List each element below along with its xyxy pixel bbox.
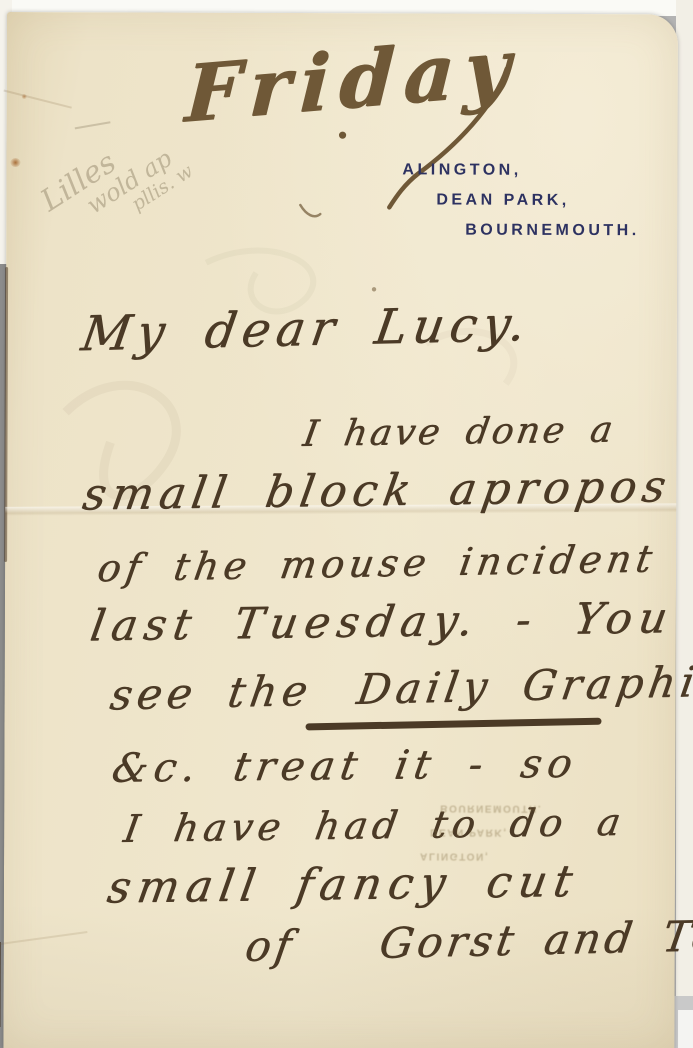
body-line: last Tuesday. - You <box>87 593 678 651</box>
pencil-annotation: Lilles wold ap pllis. w <box>16 112 197 268</box>
background-page-edge-right <box>676 0 693 1048</box>
letterhead-line-3: BOURNEMOUTH. <box>465 222 639 241</box>
body-line-text: of <box>242 921 298 971</box>
page-edge-shadow <box>4 267 8 562</box>
body-line-text: Gorst and Toby <box>376 910 693 968</box>
body-line-text: see the <box>107 666 316 720</box>
foxing-spot <box>22 94 27 99</box>
body-line: &c. treat it - so <box>109 741 582 792</box>
show-through-line: ALINGTON, <box>420 843 552 867</box>
body-line: small block apropos <box>79 461 675 520</box>
crease-line <box>4 90 72 109</box>
letterhead-line-1: ALINGTON, <box>402 161 521 179</box>
salutation-line: My dear Lucy. <box>78 296 536 362</box>
crease-line <box>0 931 87 945</box>
background-white-bottom-right <box>678 1010 693 1048</box>
scanned-letter-photo: Friday ALINGTON, DEAN PARK, BOURNEMOUTH.… <box>0 0 693 1048</box>
body-line: of Gorst and Toby <box>242 910 693 971</box>
show-through-line: DEAN PARK, <box>430 819 552 843</box>
body-line: see the Daily Graphic <box>107 656 693 719</box>
letterhead-line-2: DEAN PARK, <box>436 191 569 209</box>
show-through-letterhead: ALINGTON, DEAN PARK, BOURNEMOUTH. <box>420 795 552 867</box>
body-line: I have had to do a <box>121 800 629 851</box>
body-line: of the mouse incident <box>95 536 660 590</box>
foxing-spot <box>10 158 20 167</box>
underlined-phrase: Daily Graphic <box>354 656 693 714</box>
date-line: Friday <box>183 21 522 141</box>
pencil-dash <box>75 121 111 129</box>
letter-page: Friday ALINGTON, DEAN PARK, BOURNEMOUTH.… <box>3 12 678 1048</box>
heavy-underline-stroke <box>305 718 601 731</box>
body-line: I have done a <box>300 409 618 454</box>
show-through-line: BOURNEMOUTH. <box>440 796 552 820</box>
